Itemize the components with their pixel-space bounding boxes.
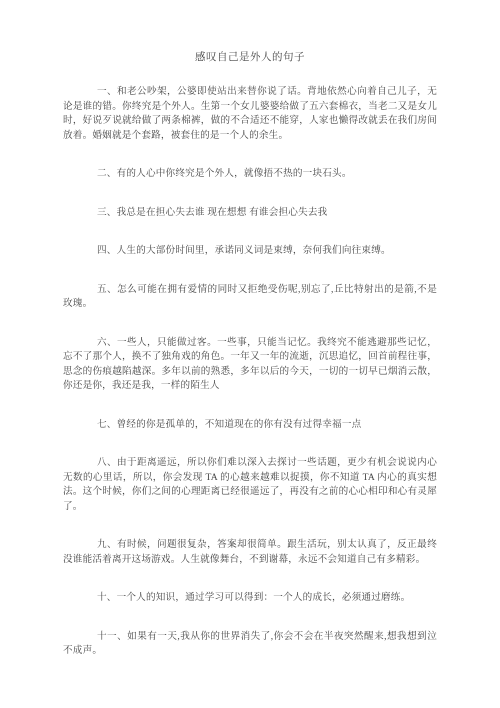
paragraph-7: 七、曾经的你是孤单的，不知道现在的你有没有过得幸福一点 [63,418,437,433]
paragraph-11: 十一、如果有一天,我从你的世界消失了,你会不会在半夜突然醒来,想我想到泣不成声。 [63,630,437,659]
document-title: 感叹自己是外人的句子 [63,50,437,65]
paragraph-9: 九、有时候，问题很复杂，答案却很简单。跟生活玩，别太认真了，反正最终没谁能活着离… [63,538,437,567]
paragraph-2: 二、有的人心中你终究是个外人，就像捂不热的一块石头。 [63,167,437,182]
paragraph-4: 四、人生的大部份时间里，承诺同义词是束缚，奈何我们向往束缚。 [63,244,437,259]
paragraph-10: 十、一个人的知识，通过学习可以得到：一个人的成长，必须通过磨练。 [63,591,437,606]
paragraph-8: 八、由于距离遥远，所以你们难以深入去探讨一些话题，更少有机会说说内心无数的心里话… [63,456,437,514]
document-page: 感叹自己是外人的句子 一、和老公吵架，公婆即使站出来替你说了话。背地依然心向着自… [0,0,500,708]
paragraph-1: 一、和老公吵架，公婆即使站出来替你说了话。背地依然心向着自己儿子，无论是谁的错。… [63,85,437,143]
paragraph-5: 五、怎么可能在拥有爱情的同时又拒绝受伤呢,别忘了,丘比特射出的是箭,不是玫瑰。 [63,283,437,312]
paragraph-6: 六、一些人，只能做过客。一些事，只能当记忆。我终究不能逃避那些记忆，忘不了那个人… [63,336,437,394]
paragraph-3: 三、我总是在担心失去谁 现在想想 有谁会担心失去我 [63,206,437,221]
